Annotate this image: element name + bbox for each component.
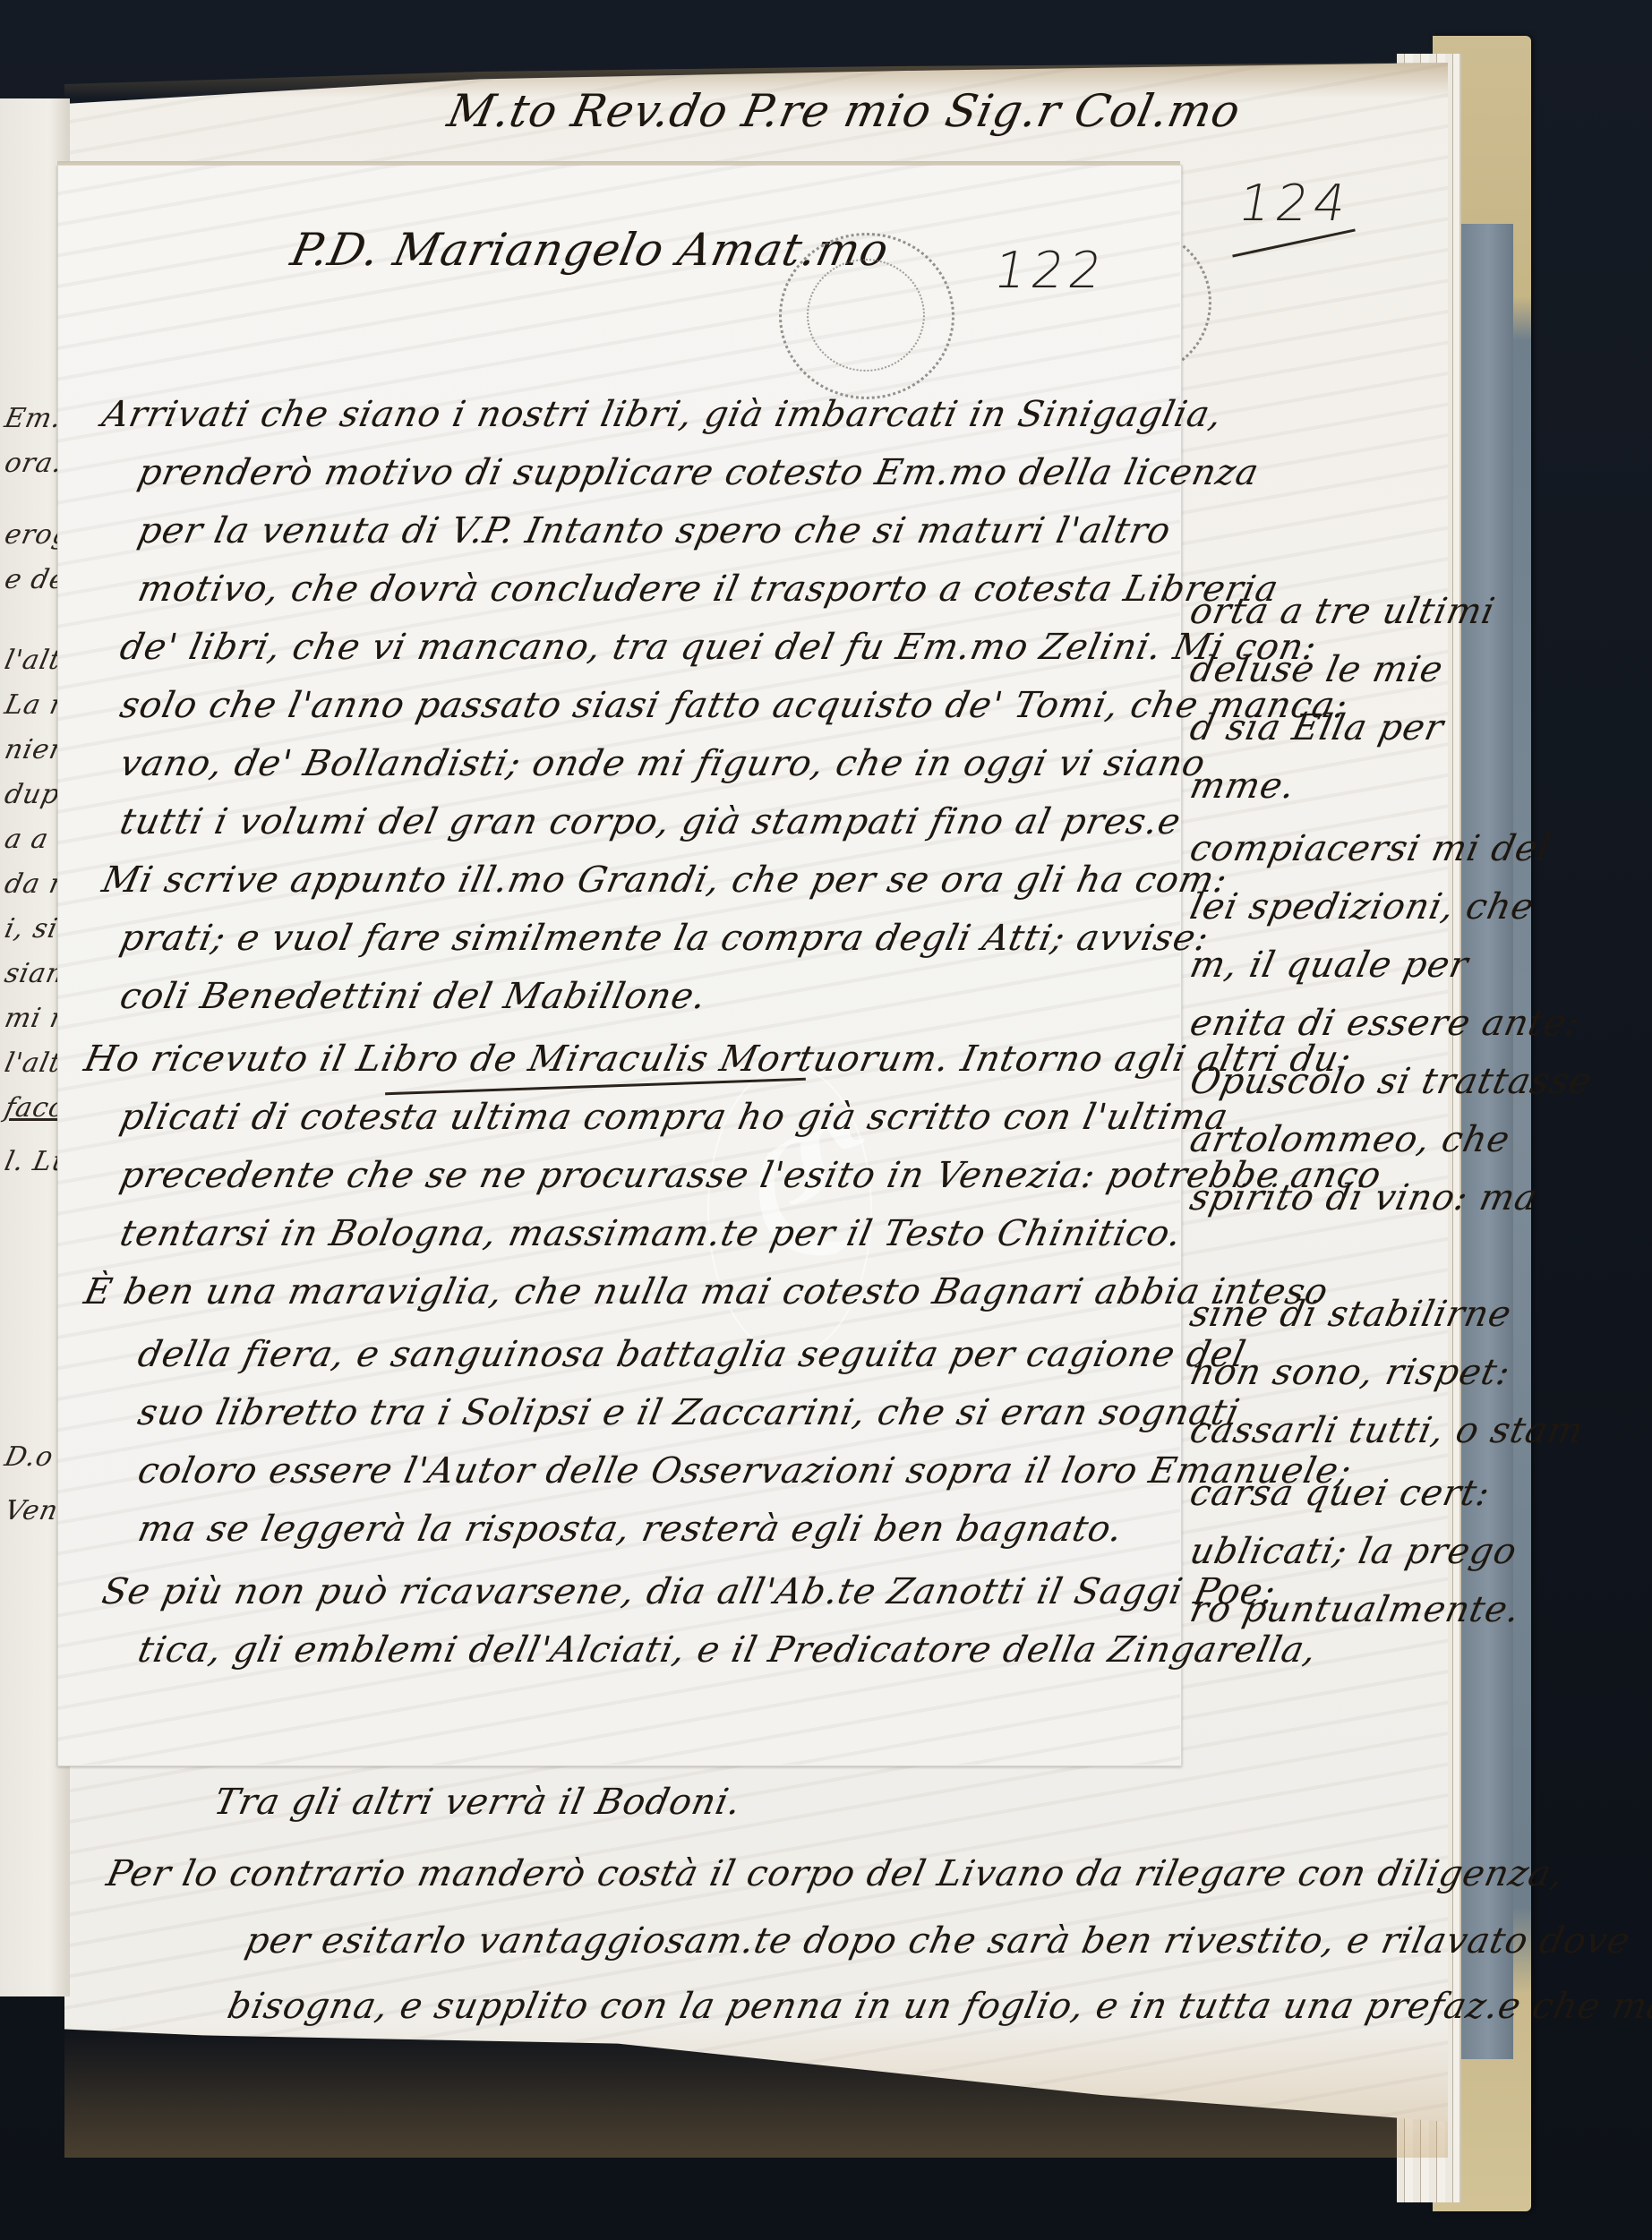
page-bottom-line: Per lo contrario manderò costà il corpo …	[103, 1853, 1568, 1894]
right-fragment: ublicati; la prego	[1186, 1531, 1520, 1572]
right-fragment: compiacersi mi del	[1186, 828, 1554, 869]
slip-line: prati; e vuol fare similmente la compra …	[116, 918, 1213, 959]
slip-line: Ho ricevuto il Libro de Miraculis Mortuo…	[81, 1039, 1356, 1080]
facing-fragment: ora.	[2, 448, 65, 479]
slip-line: tentarsi in Bologna, massimam.te per il …	[116, 1213, 1186, 1254]
page-bottom-line: bisogna, e supplito con la penna in un f…	[224, 1986, 1652, 2027]
page-bottom-line: per esitarlo vantaggiosam.te dopo che sa…	[242, 1920, 1634, 1962]
slip-line: Se più non può ricavarsene, dia all'Ab.t…	[98, 1571, 1280, 1612]
library-stamp-slip-icon	[779, 233, 954, 399]
right-fragment: lei spedizioni, che	[1186, 886, 1538, 928]
right-fragment: m, il quale per	[1186, 945, 1472, 986]
slip-faint-label	[940, 1741, 946, 1758]
slip-line: suo libretto tra i Solipsi e il Zaccarin…	[134, 1392, 1244, 1433]
bottom-edge-stain	[64, 2023, 1448, 2158]
slip-line: coli Benedettini del Mabillone.	[116, 976, 710, 1017]
slip-line: tutti i volumi del gran corpo, già stamp…	[116, 801, 1185, 842]
slip-line: motivo, che dovrà concludere il trasport…	[134, 569, 1282, 610]
slip-line: plicati di cotesta ultima compra ho già …	[116, 1097, 1232, 1138]
slip-line: tica, gli emblemi dell'Alciati, e il Pre…	[134, 1629, 1321, 1671]
slip-line: de' libri, che vi mancano, tra quei del …	[116, 627, 1321, 668]
folio-number-slip: 122	[989, 242, 1111, 300]
slip-line: ma se leggerà la risposta, resterà egli …	[134, 1509, 1126, 1550]
slip-line: per la venuta di V.P. Intanto spero che …	[134, 510, 1175, 551]
page-bottom-line: Tra gli altri verrà il Bodoni.	[210, 1782, 745, 1823]
stamp-inner-ring	[807, 259, 925, 372]
slip-line: coloro essere l'Autor delle Osservazioni…	[134, 1450, 1356, 1492]
letter-salutation: M.to Rev.do P.re mio Sig.r Col.mo	[443, 85, 1245, 137]
slip-line: È ben una maraviglia, che nulla mai cote…	[81, 1271, 1332, 1312]
slip-line: Mi scrive appunto ill.mo Grandi, che per…	[98, 859, 1231, 901]
folio-number-page: 124	[1234, 175, 1356, 233]
slip-line: Arrivati che siano i nostri libri, già i…	[98, 394, 1226, 435]
slip-line: precedente che se ne procurasse l'esito …	[116, 1155, 1385, 1196]
slip-line: solo che l'anno passato siasi fatto acqu…	[116, 685, 1352, 726]
slip-line: della fiera, e sanguinosa battaglia segu…	[134, 1334, 1250, 1375]
slip-line: prenderò motivo di supplicare cotesto Em…	[134, 452, 1263, 493]
right-fragment: cassarli tutti, o stam	[1186, 1410, 1588, 1451]
slip-line: vano, de' Bollandisti; onde mi figuro, c…	[116, 743, 1210, 784]
